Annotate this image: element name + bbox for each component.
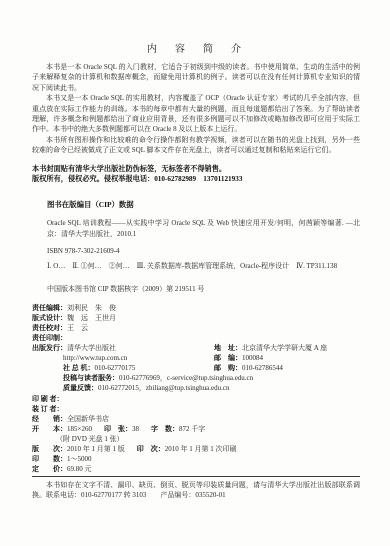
row-label: 开 本： — [32, 425, 67, 433]
cip-record-number: 中国版本图书馆 CIP 数据核字（2009）第 219511 号 — [47, 284, 360, 294]
row-label: 版 次： — [32, 445, 67, 453]
row-label: 出版发行： — [32, 344, 67, 352]
row-label: 装 订 者： — [32, 405, 64, 413]
row-label: 定 价： — [32, 465, 67, 473]
colophon-row-quality-feedback: 质量反馈：010-62772015，zhiliang@tup.tsinghua.… — [32, 383, 360, 393]
row-label: 邮 购： — [214, 364, 242, 372]
colophon-row-proofreader: 责任校对：王 云 — [32, 323, 360, 333]
row-label: 版式设计： — [32, 314, 67, 322]
anti-counterfeit-line: 本书封面贴有清华大学出版社防伪标签，无标签者不得销售。 — [32, 164, 360, 175]
row-value: 010-62786544 — [242, 364, 283, 372]
row-label: 字 数： — [151, 425, 179, 433]
address-pair: 地 址：北京清华大学学研大厦 A 座 — [214, 343, 327, 353]
colophon-row-reader-service: 投稿与读者服务：010-62776969，c-service@tup.tsing… — [32, 373, 360, 383]
colophon-row-layout-design: 版式设计：魏 远 王世月 — [32, 313, 360, 323]
quality-footer: 本书如存在文字不清、漏印、缺页、倒页、脱页等印装质量问题，请与清华大学出版社出版… — [32, 476, 360, 500]
anti-counterfeit-notice: 本书封面贴有清华大学出版社防伪标签，无标签者不得销售。 版权所有，侵权必究。侵权… — [32, 164, 360, 185]
publisher-url: http://www.tup.com.cn — [63, 354, 127, 362]
row-value: 69.80 元 — [67, 465, 92, 473]
row-value: 全国新华书店 — [67, 415, 109, 423]
copyright-page: 内 容 简 介 本书是一本 Oracle SQL 的入门教材，它适合于初级到中级… — [0, 0, 390, 546]
row-value: 魏 远 王世月 — [67, 314, 116, 322]
colophon-row-publisher: 出版发行：清华大学出版社地 址：北京清华大学学研大厦 A 座 — [32, 343, 360, 353]
row-value: 1～5000 — [67, 455, 92, 463]
mail-order-pair: 邮 购：010-62786544 — [214, 363, 283, 373]
isbn: ISBN 978-7-302-21609-4 — [47, 246, 360, 256]
colophon-row-print-supervisor: 责任印制： — [32, 333, 360, 343]
colophon-row-dvd-note: （附 DVD 光盘 1 张） — [32, 434, 360, 444]
colophon-row-print-run: 印 数：1～5000 — [32, 454, 360, 464]
cip-classification: Ⅰ. O… Ⅱ. ①何… ②何… Ⅲ. 关系数据库-数据库管理系统，Oracle… — [47, 261, 360, 271]
row-label: 责任印制： — [32, 334, 67, 342]
row-label: 印 数： — [32, 455, 67, 463]
content-summary-title: 内 容 简 介 — [32, 44, 360, 56]
row-label: 经 销： — [32, 415, 67, 423]
cip-section: 图书在版编目（CIP）数据 Oracle SQL 培训教程——从实践中学习 Or… — [32, 200, 360, 294]
row-value: 2010 年 1 月第 1 版 — [67, 445, 125, 453]
row-value: 872 千字 — [179, 425, 205, 433]
row-label: 印 张： — [104, 425, 132, 433]
row-value: 010-62776969，c-service@tup.tsinghua.edu.… — [119, 374, 253, 382]
row-value: （附 DVD 光盘 1 张） — [56, 435, 124, 443]
summary-paragraph: 本书所有图形操作和比较难的命令行操作都附有教学视频，读者可以在随书的光盘上找到，… — [32, 135, 360, 156]
page-content: 内 容 简 介 本书是一本 Oracle SQL 的入门教材，它适合于初级到中级… — [32, 0, 360, 500]
colophon-row-edition: 版 次：2010 年 1 月第 1 版印 次：2010 年 1 月第 1 次印刷 — [32, 444, 360, 454]
quality-notice: 本书如存在文字不清、漏印、缺页、倒页、脱页等印装质量问题，请与清华大学出版社出版… — [32, 480, 360, 500]
postcode-pair: 邮 编：100084 — [214, 353, 263, 363]
row-value: 010-62772015，zhiliang@tup.tsinghua.edu.c… — [98, 384, 229, 392]
row-label: 印 次： — [137, 445, 165, 453]
row-label: 地 址： — [214, 344, 242, 352]
row-value: 清华大学出版社 — [67, 344, 116, 352]
row-value: 刘利民 朱 俊 — [67, 304, 116, 312]
colophon-row-website: http://www.tup.com.cn邮 编：100084 — [32, 353, 360, 363]
colophon-row-price: 定 价：69.80 元 — [32, 464, 360, 474]
row-label: 投稿与读者服务： — [63, 374, 119, 382]
colophon-row-format: 开 本：185×260印 张：38字 数：872 千字 — [32, 424, 360, 434]
copyright-line: 版权所有，侵权必究。侵权举报电话：010-62782989 1370112193… — [32, 174, 360, 185]
content-summary: 本书是一本 Oracle SQL 的入门教材，它适合于初级到中级的读者。书中使用… — [32, 62, 360, 156]
summary-paragraph: 本书是一本 Oracle SQL 的入门教材，它适合于初级到中级的读者。书中使用… — [32, 62, 360, 93]
row-value: 185×260 — [67, 425, 92, 433]
row-label: 社 总 机： — [63, 364, 95, 372]
row-value: 100084 — [242, 354, 263, 362]
row-value: 王 云 — [67, 324, 88, 332]
colophon-row-switchboard: 社 总 机：010-62770175邮 购：010-62786544 — [32, 363, 360, 373]
row-label: 质量反馈： — [63, 384, 98, 392]
footer-divider — [32, 476, 360, 477]
row-label: 印 刷 者： — [32, 395, 64, 403]
cip-heading: 图书在版编目（CIP）数据 — [47, 200, 360, 210]
colophon-row-printer: 印 刷 者： — [32, 394, 360, 404]
colophon-row-binder: 装 订 者： — [32, 404, 360, 414]
summary-paragraph: 本书又是一本 Oracle SQL 的实用教材，内容覆盖了 OCP（Oracle… — [32, 93, 360, 135]
colophon-row-editor: 责任编辑：刘利民 朱 俊 — [32, 303, 360, 313]
row-value: 010-62770175 — [95, 364, 136, 372]
colophon-row-distributor: 经 销：全国新华书店 — [32, 414, 360, 424]
row-label: 责任编辑： — [32, 304, 67, 312]
row-value: 2010 年 1 月第 1 次印刷 — [165, 445, 237, 453]
cip-title-line: Oracle SQL 培训教程——从实践中学习 Oracle SQL 及 Web… — [47, 218, 360, 240]
row-label: 邮 编： — [214, 354, 242, 362]
row-label: 责任校对： — [32, 324, 67, 332]
colophon: 责任编辑：刘利民 朱 俊 版式设计：魏 远 王世月 责任校对：王 云 责任印制：… — [32, 303, 360, 475]
row-value: 38 — [132, 425, 139, 433]
row-value: 北京清华大学学研大厦 A 座 — [242, 344, 327, 352]
